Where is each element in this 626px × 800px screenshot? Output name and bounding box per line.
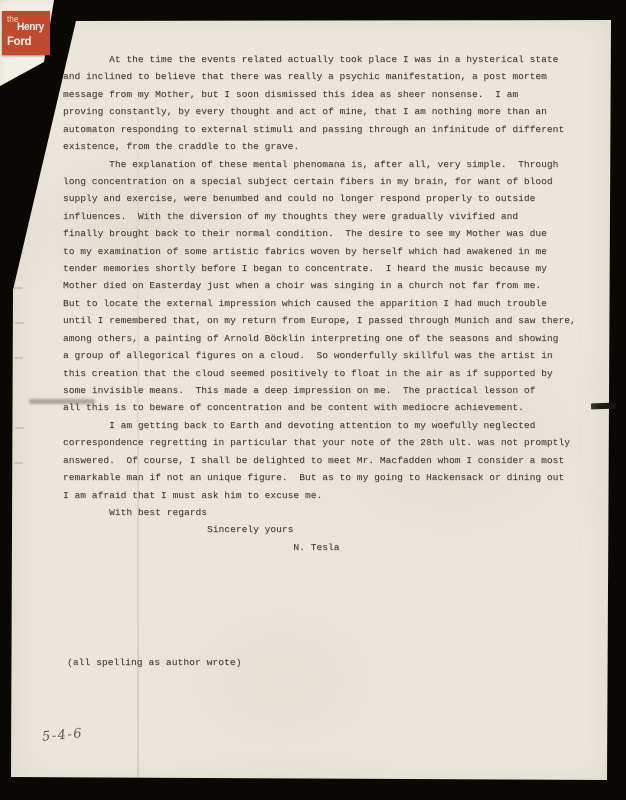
staple bbox=[591, 403, 616, 410]
pencil-tick-mark bbox=[14, 287, 23, 289]
pencil-tick-mark bbox=[15, 427, 24, 429]
logo-word-henry: Henry bbox=[17, 22, 44, 33]
henry-ford-logo: the Henry Ford bbox=[2, 11, 50, 55]
archival-mark: 5-4-6 bbox=[41, 726, 83, 745]
logo-word-ford: Ford bbox=[7, 35, 31, 47]
scanned-letter-document: At the time the events related actually … bbox=[0, 0, 626, 800]
transcription-note: (all spelling as author wrote) bbox=[67, 655, 242, 671]
letter-page: At the time the events related actually … bbox=[0, 0, 626, 800]
pencil-tick-mark bbox=[14, 462, 23, 464]
pencil-tick-mark bbox=[15, 252, 24, 254]
pencil-tick-mark bbox=[15, 322, 24, 324]
letter-body-text: At the time the events related actually … bbox=[63, 51, 576, 556]
pencil-tick-mark bbox=[14, 357, 23, 359]
pencil-underline-smudge bbox=[29, 399, 95, 404]
